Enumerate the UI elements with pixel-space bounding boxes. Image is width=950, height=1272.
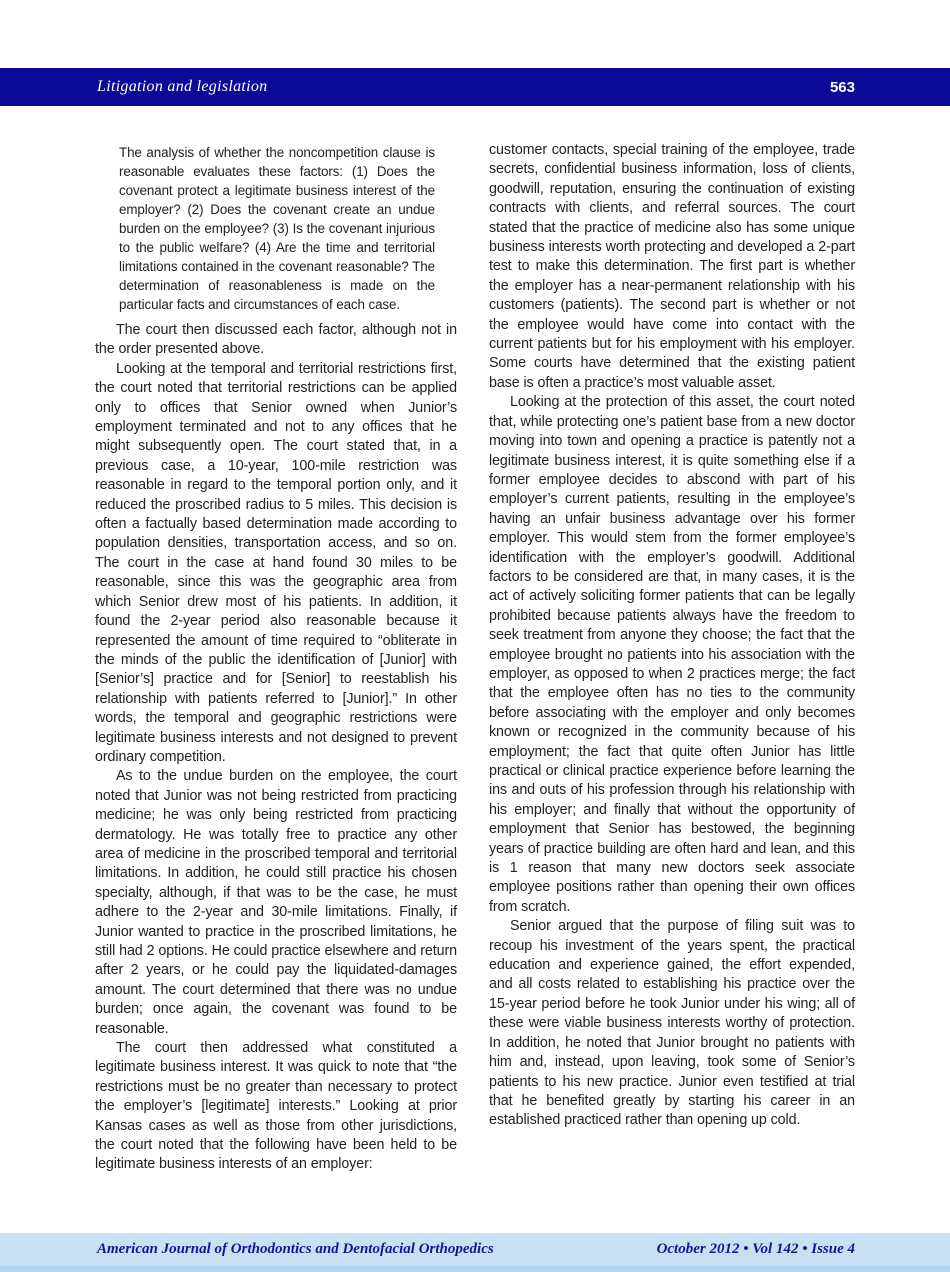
journal-page: Litigation and legislation 563 The analy… [0,0,950,1272]
header-bar: Litigation and legislation 563 [0,68,950,106]
page-number: 563 [830,79,855,96]
article-body: The analysis of whether the noncompetiti… [95,141,855,1175]
left-column: The analysis of whether the noncompetiti… [95,141,457,1175]
paragraph: Senior argued that the purpose of filing… [489,917,855,1130]
paragraph: The court then addressed what constitute… [95,1039,457,1175]
paragraph: customer contacts, special training of t… [489,141,855,393]
paragraph: The court then discussed each factor, al… [95,321,457,360]
footer-strip [0,1266,950,1272]
paragraph: Looking at the protection of this asset,… [489,393,855,917]
paragraph: Looking at the temporal and territorial … [95,360,457,768]
blockquote-factors: The analysis of whether the noncompetiti… [119,143,435,314]
journal-title: American Journal of Orthodontics and Den… [97,1241,494,1258]
right-column: customer contacts, special training of t… [489,141,855,1175]
paragraph: As to the undue burden on the employee, … [95,767,457,1039]
footer-bar: American Journal of Orthodontics and Den… [0,1233,950,1266]
issue-info: October 2012 • Vol 142 • Issue 4 [657,1241,855,1258]
section-title: Litigation and legislation [97,78,267,96]
